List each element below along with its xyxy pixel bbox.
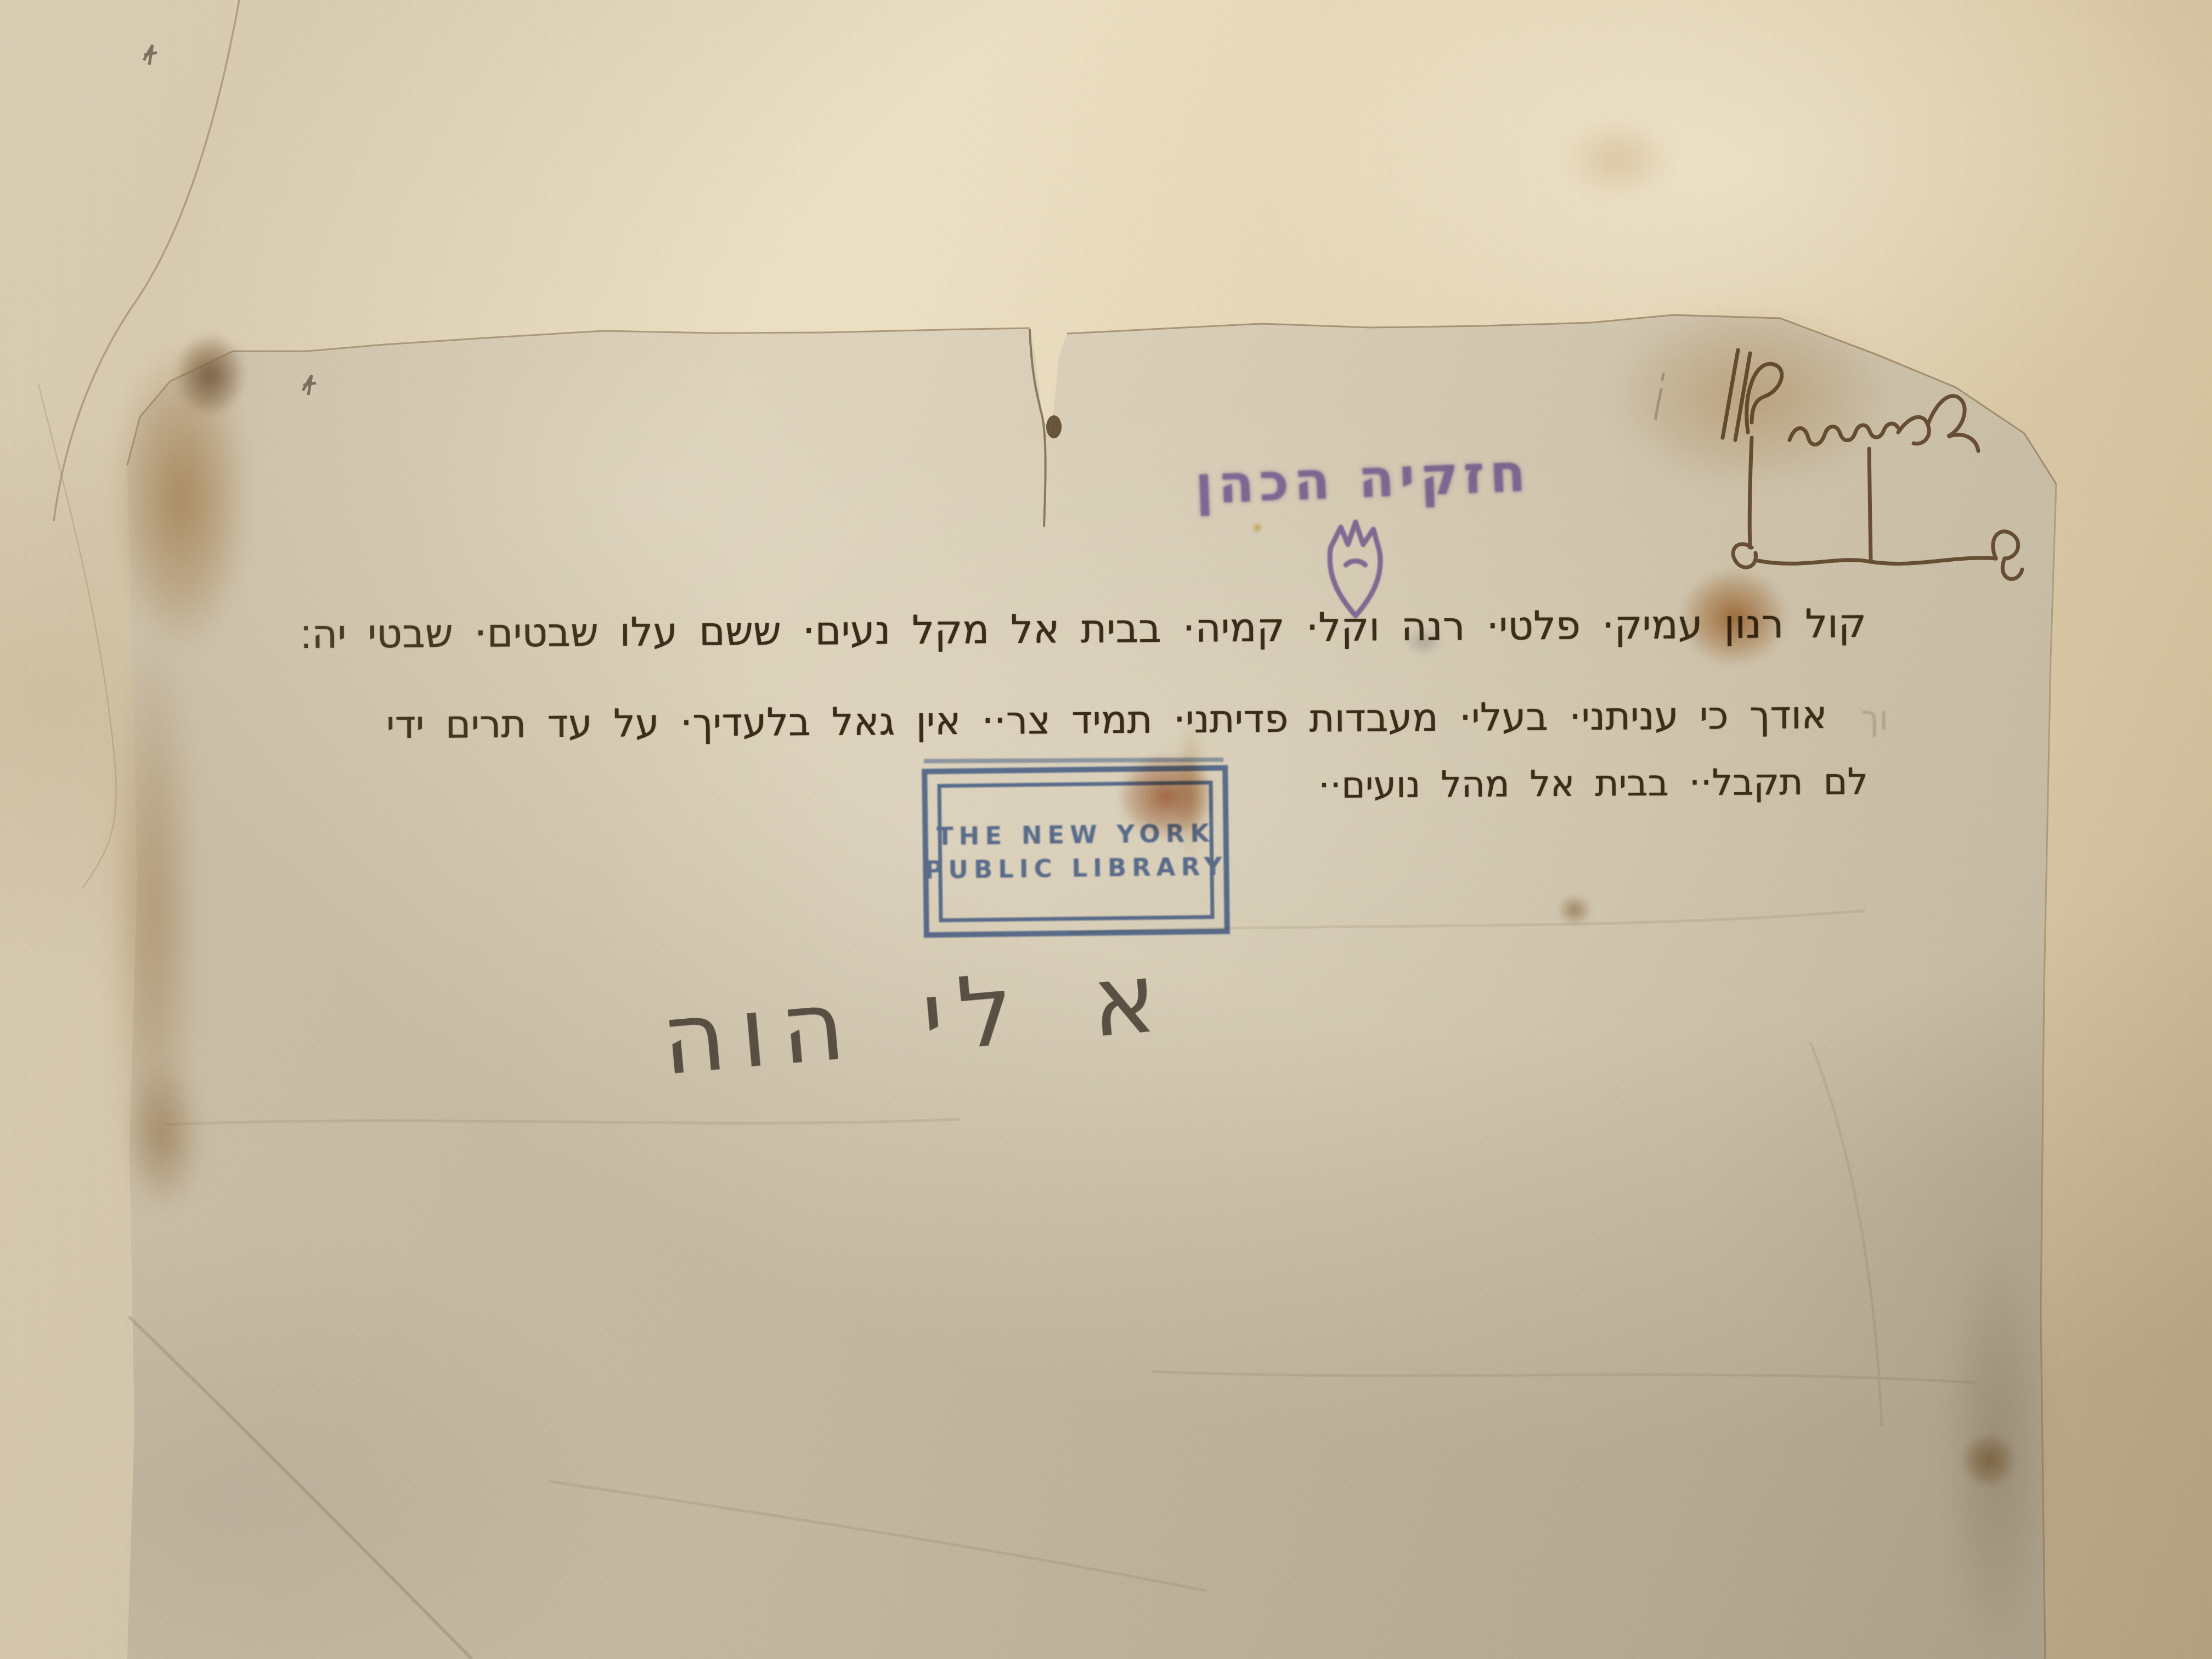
manuscript-line-1: קול רנון עמיק· פלטי· רנה וקל· קמיה· בבית… xyxy=(300,603,1866,654)
library-stamp: THE NEW YORK PUBLIC LIBRARY xyxy=(922,765,1230,938)
library-stamp-line2: PUBLIC LIBRARY xyxy=(924,854,1227,883)
manuscript-photo: קול רנון עמיק· פלטי· רנה וקל· קמיה· בבית… xyxy=(0,0,2212,1659)
manuscript-line-2: אודך כי עניתני· בעלי· מעבדות פדיתני· תמי… xyxy=(386,696,1827,744)
manuscript-line-3: לם תקבל·· בבית אל מהל נועים·· xyxy=(1318,764,1868,804)
ink-offset-ghost: וך xyxy=(1861,698,1888,738)
library-stamp-line1: THE NEW YORK xyxy=(936,821,1215,849)
library-stamp-inner-border: THE NEW YORK PUBLIC LIBRARY xyxy=(937,781,1214,922)
